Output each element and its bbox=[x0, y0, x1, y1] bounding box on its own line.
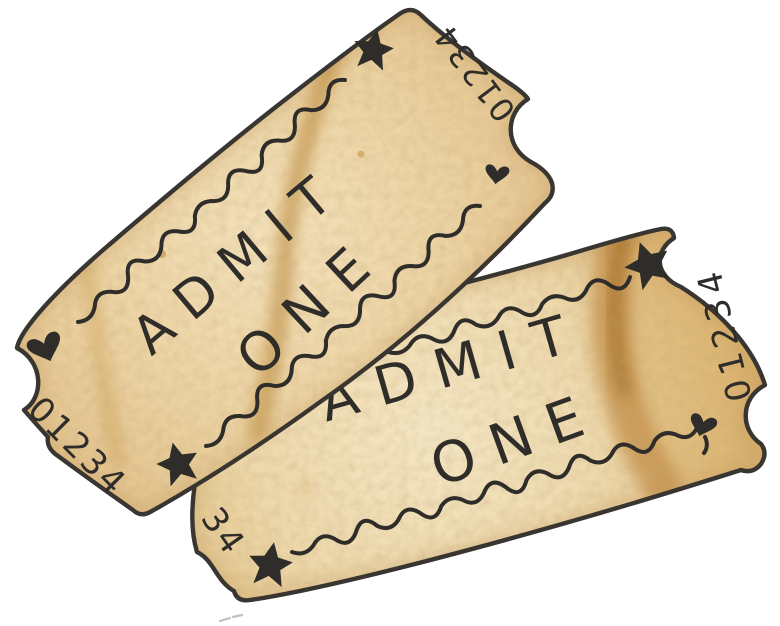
tickets-illustration: ADMIT ONE 34 01234 ADMIT ONE 01234 01234 bbox=[0, 0, 780, 626]
illustration-canvas: ADMIT ONE 34 01234 ADMIT ONE 01234 01234 bbox=[0, 0, 780, 626]
pen-marks bbox=[220, 615, 242, 621]
